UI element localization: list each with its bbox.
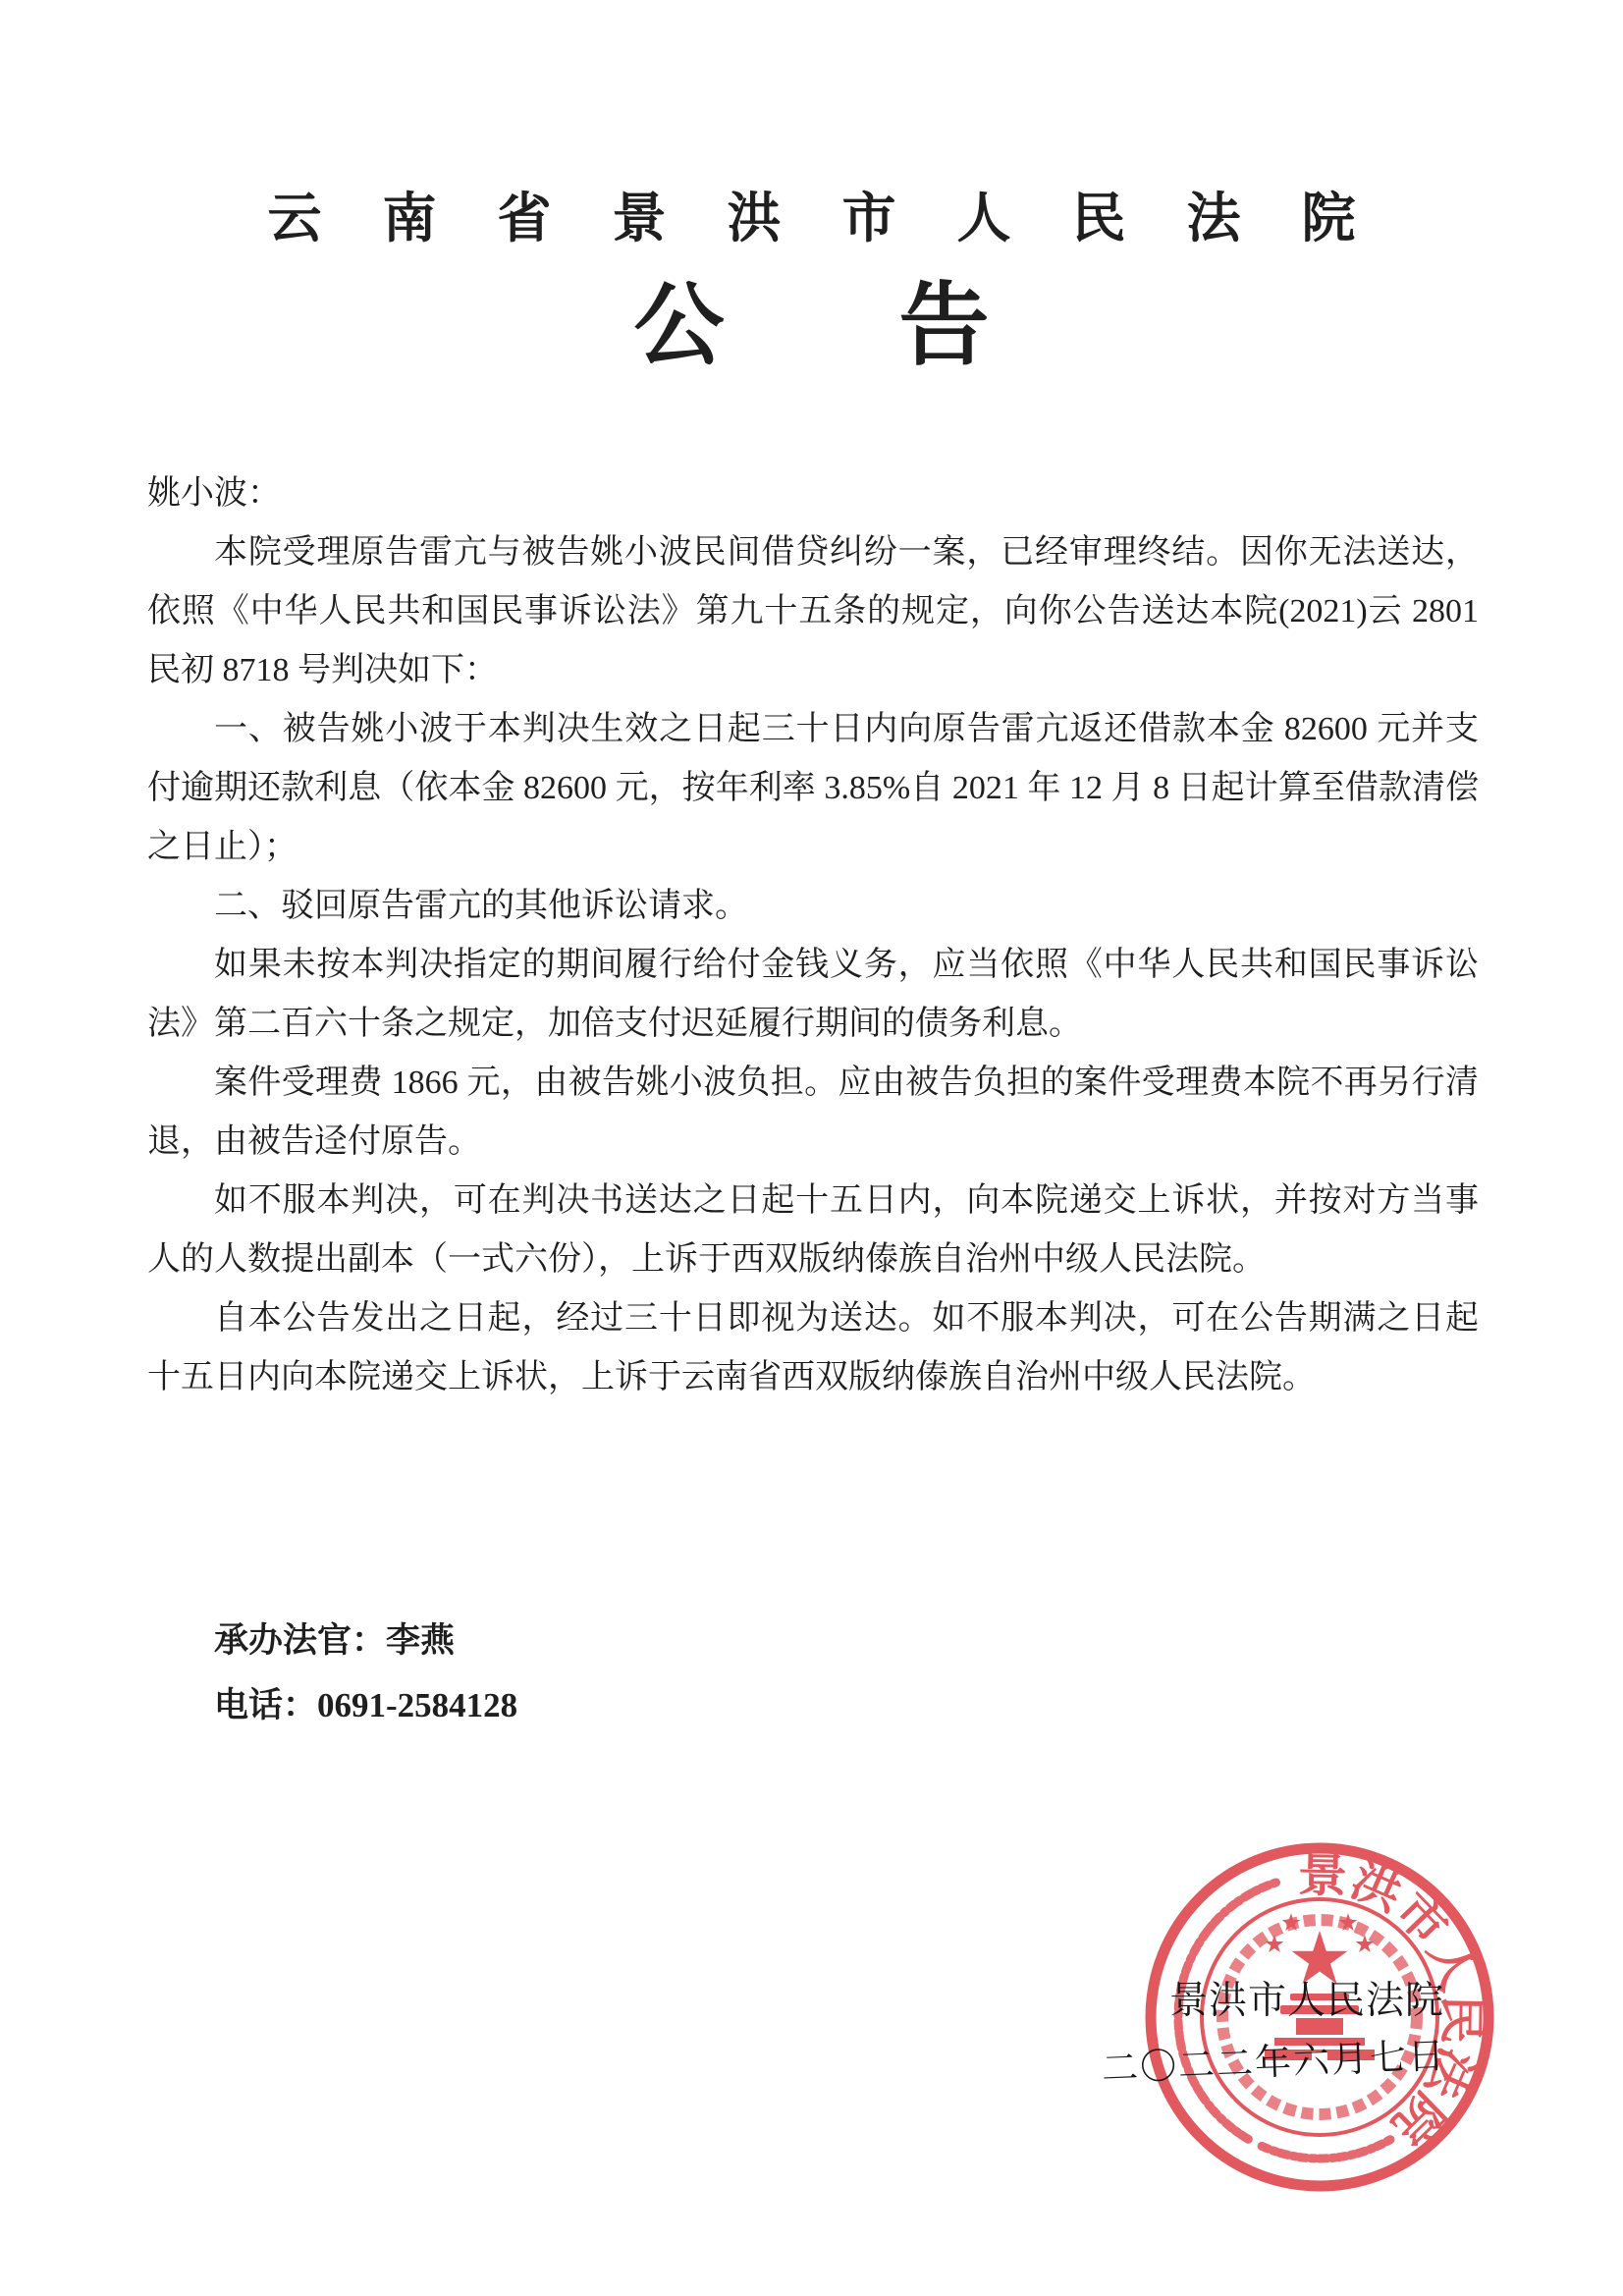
court-title: 云南省景洪市人民法院 bbox=[0, 175, 1623, 252]
seal-minority-script-band-bottom bbox=[1260, 2140, 1390, 2159]
doc-title: 公告 bbox=[0, 253, 1623, 383]
small-star-icon bbox=[1266, 1935, 1284, 1952]
signature-court-name: 景洪市人民法院 bbox=[1169, 1970, 1444, 2025]
phone-line: 电话：0691-2584128 bbox=[214, 1673, 517, 1738]
paragraph-service-period: 自本公告发出之日起，经过三十日即视为送达。如不服本判决，可在公告期满之日起十五日… bbox=[147, 1289, 1479, 1407]
paragraph-judgment-item-2: 二、驳回原告雷亢的其他诉讼请求。 bbox=[147, 877, 1479, 936]
contact-block: 承办法官：李燕 电话：0691-2584128 bbox=[214, 1609, 517, 1738]
paragraph-late-performance: 如果未按本判决指定的期间履行给付金钱义务，应当依照《中华人民共和国民事诉讼法》第… bbox=[147, 936, 1479, 1054]
paragraph-judgment-item-1: 一、被告姚小波于本判决生效之日起三十日内向原告雷亢返还借款本金 82600 元并… bbox=[147, 700, 1479, 877]
paragraph-court-fee: 案件受理费 1866 元，由被告姚小波负担。应由被告负担的案件受理费本院不再另行… bbox=[147, 1054, 1479, 1172]
paragraph-case-summary: 本院受理原告雷亢与被告姚小波民间借贷纠纷一案，已经审理终结。因你无法送达，依照《… bbox=[147, 523, 1479, 700]
judge-line: 承办法官：李燕 bbox=[214, 1609, 517, 1673]
paragraph-appeal-notice: 如不服本判决，可在判决书送达之日起十五日内，向本院递交上诉状，并按对方当事人的人… bbox=[147, 1172, 1479, 1289]
document-page: 云南省景洪市人民法院 公告 姚小波： 本院受理原告雷亢与被告姚小波民间借贷纠纷一… bbox=[0, 0, 1623, 2296]
recipient-line: 姚小波： bbox=[147, 465, 1479, 523]
announcement-body: 姚小波： 本院受理原告雷亢与被告姚小波民间借贷纠纷一案，已经审理终结。因你无法送… bbox=[147, 465, 1479, 1407]
